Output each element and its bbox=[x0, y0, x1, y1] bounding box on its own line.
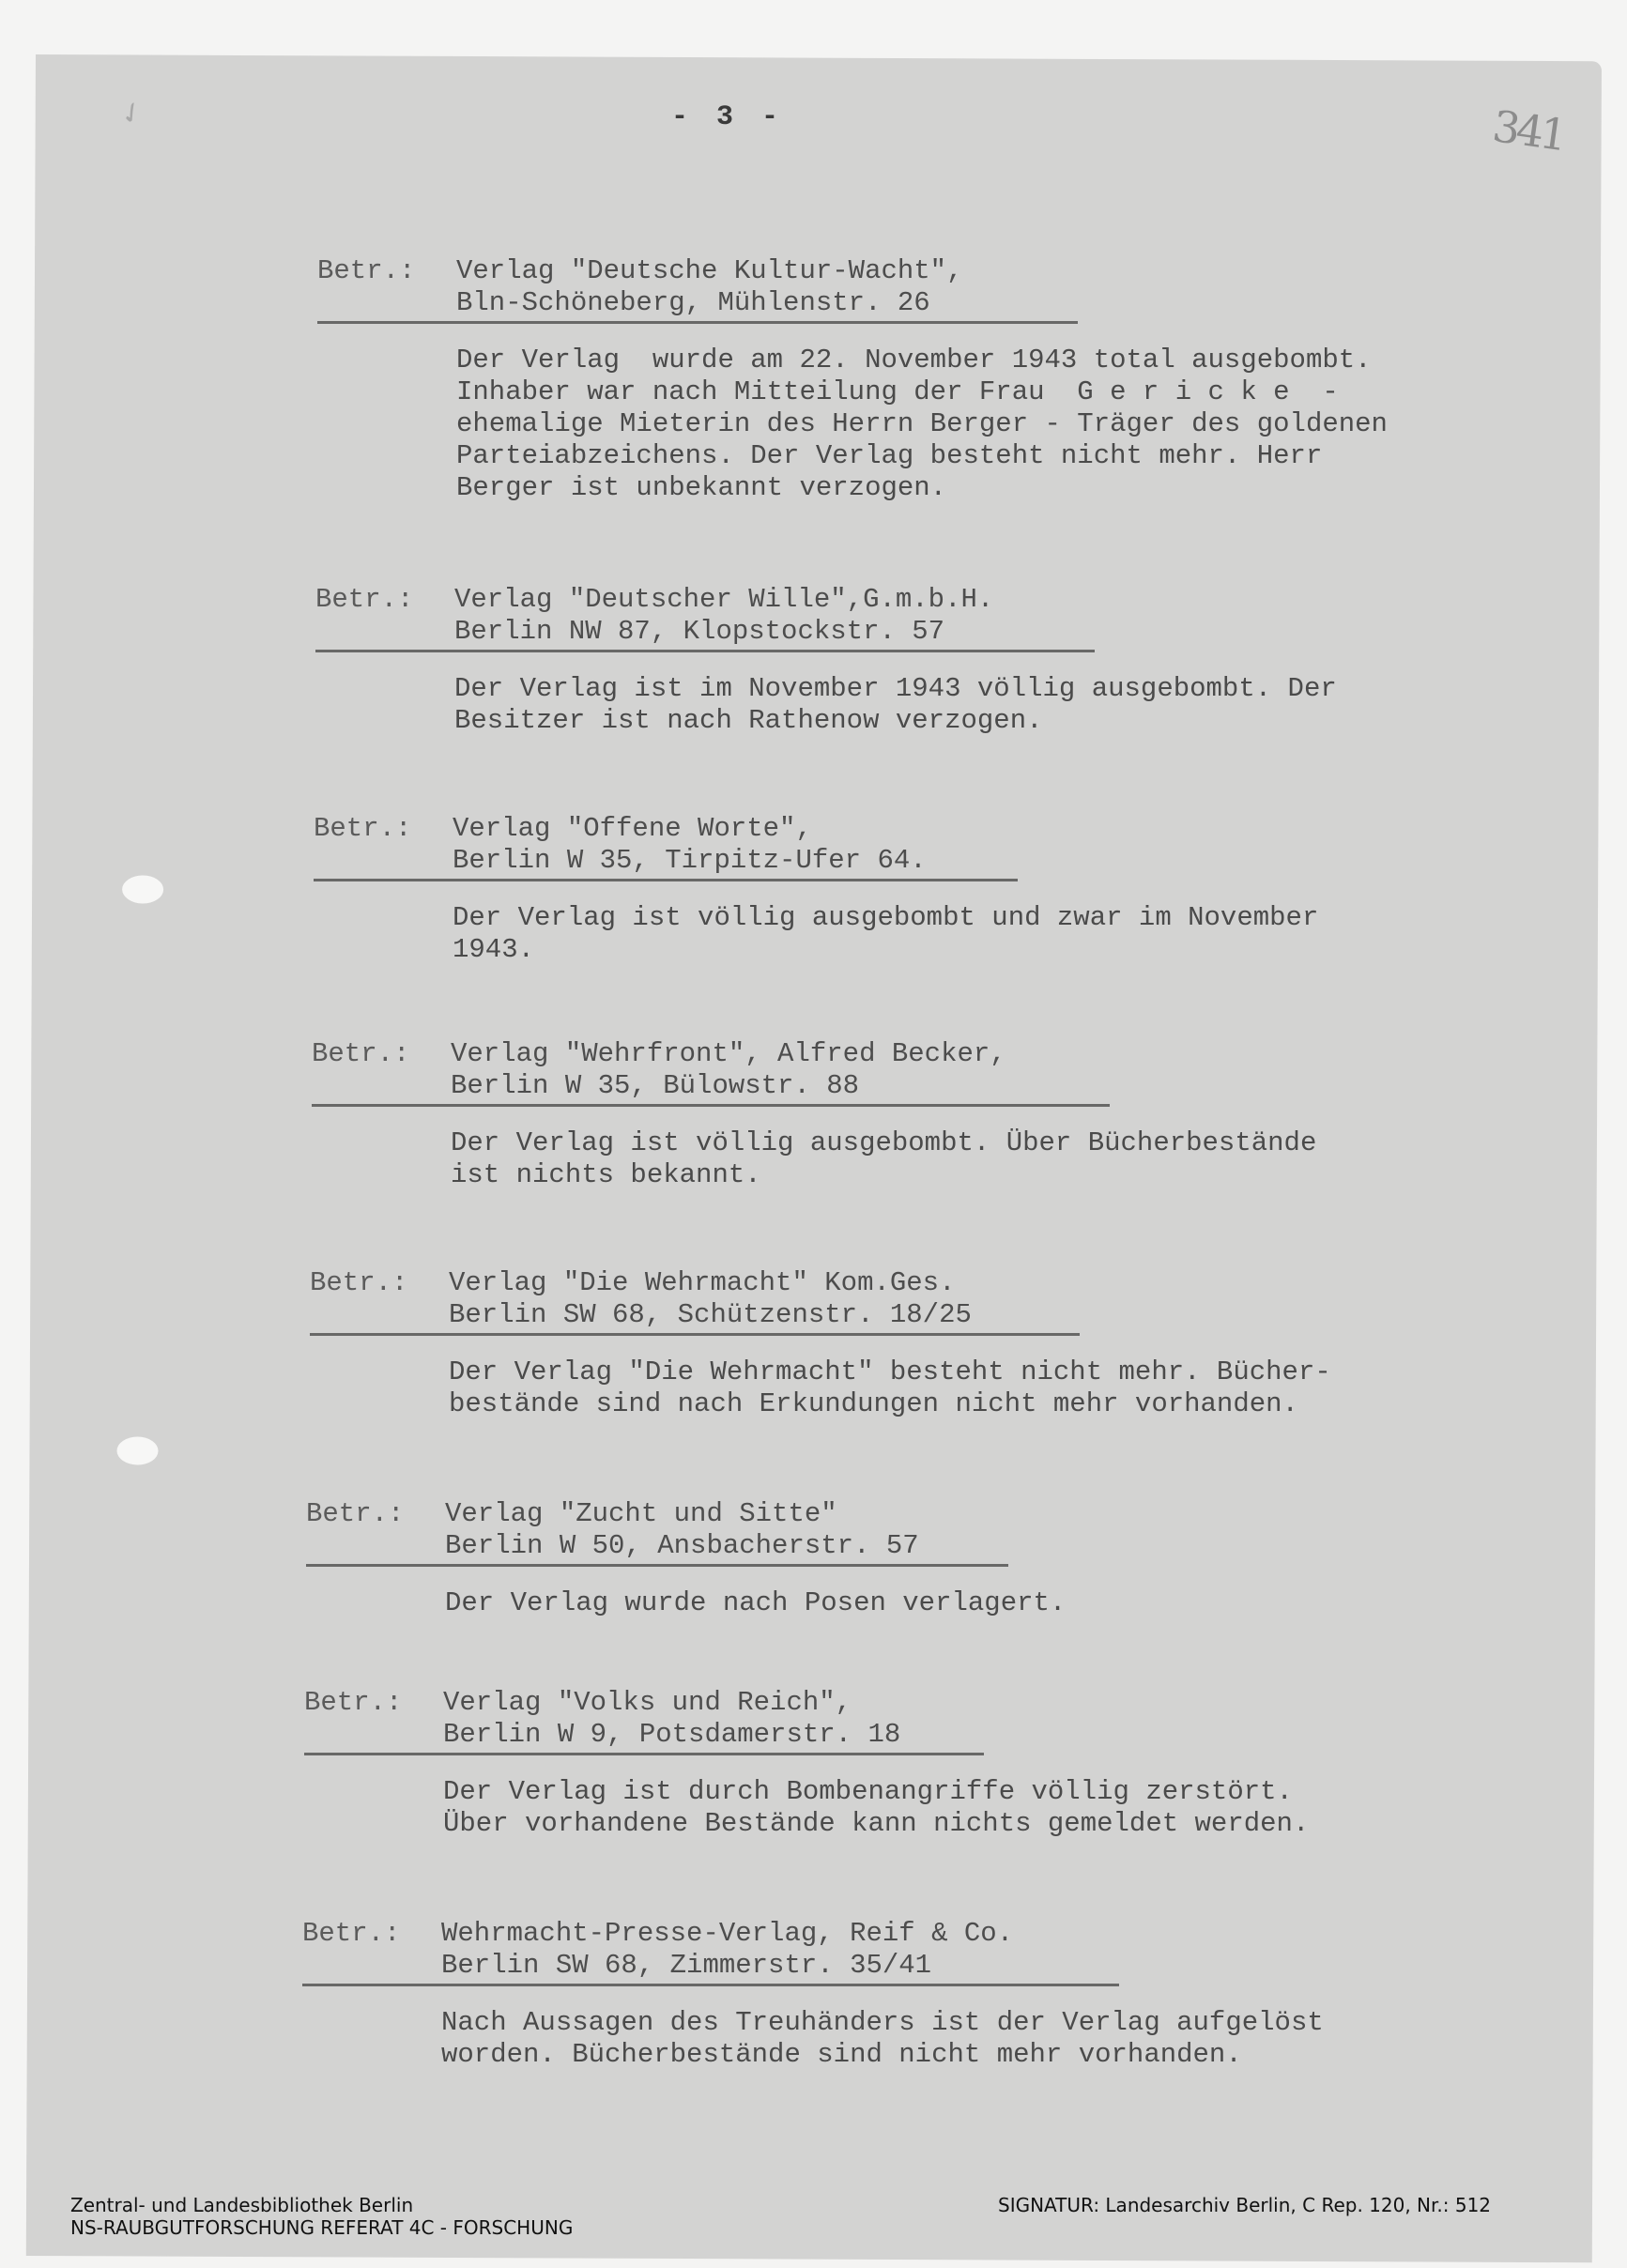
entry-body: Der Verlag ist durch Bombenangriffe völl… bbox=[304, 1776, 1309, 1840]
entry-label: Betr.: bbox=[314, 813, 453, 845]
footer-signatur-text: SIGNATUR: Landesarchiv Berlin, C Rep. 12… bbox=[998, 2194, 1491, 2216]
footer-library: Zentral- und Landesbibliothek Berlin NS-… bbox=[70, 2194, 573, 2239]
entry-address: Berlin W 35, Bülowstr. 88 bbox=[312, 1070, 1316, 1102]
entry-body: Der Verlag wurde am 22. November 1943 to… bbox=[317, 345, 1388, 504]
entry-address: Berlin W 9, Potsdamerstr. 18 bbox=[304, 1719, 1309, 1751]
entry-label: Betr.: bbox=[317, 255, 456, 287]
entry-address: Bln-Schöneberg, Mühlenstr. 26 bbox=[317, 287, 1388, 319]
footer-department: NS-RAUBGUTFORSCHUNG REFERAT 4C - FORSCHU… bbox=[70, 2216, 573, 2239]
entry-publisher: Wehrmacht-Presse-Verlag, Reif & Co. bbox=[441, 1918, 1013, 1949]
entry-block: Betr.:Verlag "Deutsche Kultur-Wacht", Bl… bbox=[317, 255, 1388, 504]
entry-address: Berlin NW 87, Klopstockstr. 57 bbox=[315, 616, 1337, 648]
entry-publisher: Verlag "Deutscher Wille",G.m.b.H. bbox=[454, 584, 993, 615]
entry-body: Nach Aussagen des Treuhänders ist der Ve… bbox=[302, 2007, 1324, 2071]
entry-publisher: Verlag "Volks und Reich", bbox=[443, 1687, 852, 1718]
entry-publisher: Verlag "Deutsche Kultur-Wacht", bbox=[456, 255, 963, 286]
punch-hole bbox=[122, 875, 163, 903]
entry-address: Berlin W 50, Ansbacherstr. 57 bbox=[306, 1530, 1066, 1562]
entry-label: Betr.: bbox=[304, 1687, 443, 1719]
entry-label: Betr.: bbox=[312, 1038, 451, 1070]
underline-rule bbox=[317, 321, 1078, 324]
page-number: - 3 - bbox=[671, 101, 784, 133]
entry-label: Betr.: bbox=[302, 1918, 441, 1950]
entry-body: Der Verlag ist im November 1943 völlig a… bbox=[315, 673, 1337, 737]
footer-signature: SIGNATUR: Landesarchiv Berlin, C Rep. 12… bbox=[998, 2194, 1491, 2216]
entry-body: Der Verlag wurde nach Posen verlagert. bbox=[306, 1587, 1066, 1619]
entry-publisher: Verlag "Die Wehrmacht" Kom.Ges. bbox=[449, 1267, 956, 1298]
entry-block: Betr.:Verlag "Volks und Reich", Berlin W… bbox=[304, 1687, 1309, 1840]
punch-hole bbox=[116, 1436, 158, 1464]
entry-block: Betr.:Verlag "Die Wehrmacht" Kom.Ges. Be… bbox=[310, 1267, 1331, 1420]
entry-address: Berlin SW 68, Zimmerstr. 35/41 bbox=[302, 1950, 1324, 1982]
underline-rule bbox=[306, 1564, 1008, 1567]
entry-body: Der Verlag "Die Wehrmacht" besteht nicht… bbox=[310, 1356, 1331, 1420]
entry-block: Betr.:Wehrmacht-Presse-Verlag, Reif & Co… bbox=[302, 1918, 1324, 2071]
underline-rule bbox=[310, 1333, 1080, 1336]
entry-block: Betr.:Verlag "Offene Worte", Berlin W 35… bbox=[314, 813, 1318, 966]
entry-block: Betr.:Verlag "Zucht und Sitte" Berlin W … bbox=[306, 1498, 1066, 1619]
folio-number: 341 bbox=[1490, 100, 1568, 161]
underline-rule bbox=[314, 879, 1018, 881]
entry-label: Betr.: bbox=[310, 1267, 449, 1299]
footer-library-name: Zentral- und Landesbibliothek Berlin bbox=[70, 2194, 573, 2216]
entry-publisher: Verlag "Wehrfront", Alfred Becker, bbox=[451, 1038, 1006, 1069]
entry-address: Berlin W 35, Tirpitz-Ufer 64. bbox=[314, 845, 1318, 877]
entry-publisher: Verlag "Zucht und Sitte" bbox=[445, 1498, 837, 1529]
entry-block: Betr.:Verlag "Deutscher Wille",G.m.b.H. … bbox=[315, 584, 1337, 737]
entry-block: Betr.:Verlag "Wehrfront", Alfred Becker,… bbox=[312, 1038, 1316, 1191]
entry-label: Betr.: bbox=[315, 584, 454, 616]
underline-rule bbox=[315, 650, 1095, 652]
entry-address: Berlin SW 68, Schützenstr. 18/25 bbox=[310, 1299, 1331, 1331]
entry-body: Der Verlag ist völlig ausgebombt. Über B… bbox=[312, 1127, 1316, 1191]
entry-body: Der Verlag ist völlig ausgebombt und zwa… bbox=[314, 902, 1318, 966]
underline-rule bbox=[304, 1753, 984, 1755]
underline-rule bbox=[302, 1984, 1119, 1986]
entry-label: Betr.: bbox=[306, 1498, 445, 1530]
entry-publisher: Verlag "Offene Worte", bbox=[453, 813, 812, 844]
underline-rule bbox=[312, 1104, 1110, 1107]
